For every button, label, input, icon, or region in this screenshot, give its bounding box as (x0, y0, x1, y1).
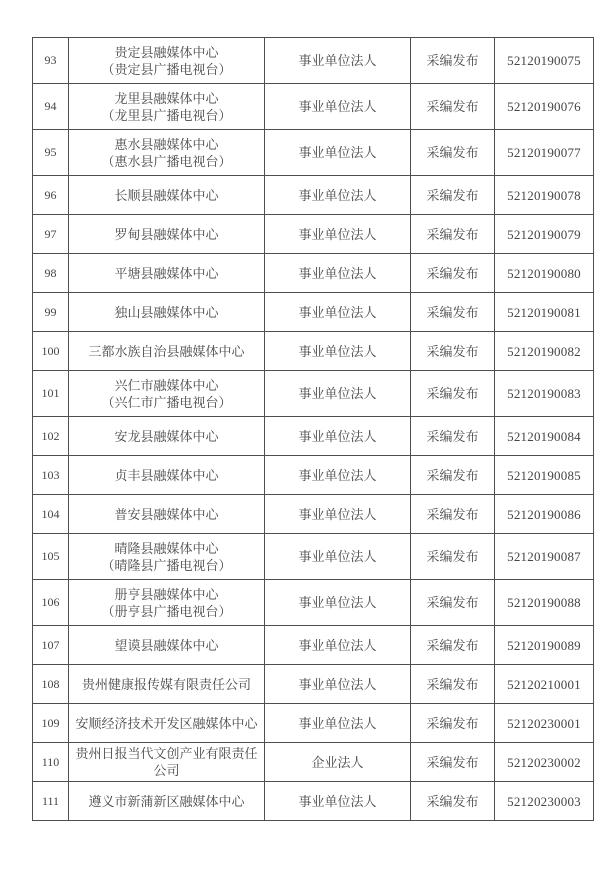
org-name-cell: 遵义市新蒲新区融媒体中心 (69, 782, 265, 821)
business-scope-cell: 采编发布 (411, 417, 495, 456)
table-row: 99 独山县融媒体中心 事业单位法人 采编发布 52120190081 (33, 293, 594, 332)
business-scope-cell: 采编发布 (411, 704, 495, 743)
org-name-line: （龙里县广播电视台） (71, 107, 262, 124)
table-row: 98 平塘县融媒体中心 事业单位法人 采编发布 52120190080 (33, 254, 594, 293)
business-scope-cell: 采编发布 (411, 38, 495, 84)
row-index-cell: 96 (33, 176, 69, 215)
org-name-line: （惠水县广播电视台） (71, 153, 262, 170)
org-code-cell: 52120190086 (495, 495, 594, 534)
org-name-line: 贞丰县融媒体中心 (71, 467, 262, 484)
legal-type-cell: 事业单位法人 (265, 293, 411, 332)
org-name-line: 望谟县融媒体中心 (71, 637, 262, 654)
row-index-cell: 106 (33, 580, 69, 626)
org-code-cell: 52120190084 (495, 417, 594, 456)
table-row: 104 普安县融媒体中心 事业单位法人 采编发布 52120190086 (33, 495, 594, 534)
legal-type-cell: 事业单位法人 (265, 371, 411, 417)
org-code-cell: 52120190081 (495, 293, 594, 332)
org-code-cell: 52120230003 (495, 782, 594, 821)
business-scope-cell: 采编发布 (411, 130, 495, 176)
row-index-cell: 98 (33, 254, 69, 293)
org-name-line: 安顺经济技术开发区融媒体中心 (71, 715, 262, 732)
org-code-cell: 52120190083 (495, 371, 594, 417)
business-scope-cell: 采编发布 (411, 176, 495, 215)
business-scope-cell: 采编发布 (411, 495, 495, 534)
table-row: 93 贵定县融媒体中心（贵定县广播电视台） 事业单位法人 采编发布 521201… (33, 38, 594, 84)
legal-type-cell: 事业单位法人 (265, 332, 411, 371)
org-code-cell: 52120190080 (495, 254, 594, 293)
org-name-cell: 普安县融媒体中心 (69, 495, 265, 534)
row-index-cell: 101 (33, 371, 69, 417)
org-code-cell: 52120190075 (495, 38, 594, 84)
row-index-cell: 95 (33, 130, 69, 176)
business-scope-cell: 采编发布 (411, 293, 495, 332)
org-name-cell: 安顺经济技术开发区融媒体中心 (69, 704, 265, 743)
row-index-cell: 111 (33, 782, 69, 821)
legal-type-cell: 事业单位法人 (265, 254, 411, 293)
org-name-line: 兴仁市融媒体中心 (71, 377, 262, 394)
table-row: 101 兴仁市融媒体中心（兴仁市广播电视台） 事业单位法人 采编发布 52120… (33, 371, 594, 417)
business-scope-cell: 采编发布 (411, 371, 495, 417)
org-name-cell: 三都水族自治县融媒体中心 (69, 332, 265, 371)
table-row: 103 贞丰县融媒体中心 事业单位法人 采编发布 52120190085 (33, 456, 594, 495)
table-row: 110 贵州日报当代文创产业有限责任公司 企业法人 采编发布 521202300… (33, 743, 594, 782)
business-scope-cell: 采编发布 (411, 665, 495, 704)
org-code-cell: 52120190085 (495, 456, 594, 495)
org-name-cell: 长顺县融媒体中心 (69, 176, 265, 215)
table-row: 96 长顺县融媒体中心 事业单位法人 采编发布 52120190078 (33, 176, 594, 215)
org-name-cell: 贞丰县融媒体中心 (69, 456, 265, 495)
business-scope-cell: 采编发布 (411, 534, 495, 580)
table-row: 95 惠水县融媒体中心（惠水县广播电视台） 事业单位法人 采编发布 521201… (33, 130, 594, 176)
org-name-line: （晴隆县广播电视台） (71, 557, 262, 574)
org-name-line: 安龙县融媒体中心 (71, 428, 262, 445)
row-index-cell: 99 (33, 293, 69, 332)
table-row: 106 册亨县融媒体中心（册亨县广播电视台） 事业单位法人 采编发布 52120… (33, 580, 594, 626)
table-row: 111 遵义市新蒲新区融媒体中心 事业单位法人 采编发布 52120230003 (33, 782, 594, 821)
org-code-cell: 52120190089 (495, 626, 594, 665)
business-scope-cell: 采编发布 (411, 332, 495, 371)
org-code-cell: 52120190076 (495, 84, 594, 130)
table-row: 100 三都水族自治县融媒体中心 事业单位法人 采编发布 52120190082 (33, 332, 594, 371)
org-code-cell: 52120190087 (495, 534, 594, 580)
org-code-cell: 52120230001 (495, 704, 594, 743)
legal-type-cell: 事业单位法人 (265, 456, 411, 495)
legal-type-cell: 企业法人 (265, 743, 411, 782)
row-index-cell: 102 (33, 417, 69, 456)
business-scope-cell: 采编发布 (411, 743, 495, 782)
org-name-line: 惠水县融媒体中心 (71, 136, 262, 153)
org-name-line: 册亨县融媒体中心 (71, 586, 262, 603)
legal-type-cell: 事业单位法人 (265, 84, 411, 130)
table-row: 94 龙里县融媒体中心（龙里县广播电视台） 事业单位法人 采编发布 521201… (33, 84, 594, 130)
table-row: 105 晴隆县融媒体中心（晴隆县广播电视台） 事业单位法人 采编发布 52120… (33, 534, 594, 580)
org-name-cell: 罗甸县融媒体中心 (69, 215, 265, 254)
org-name-cell: 贵定县融媒体中心（贵定县广播电视台） (69, 38, 265, 84)
organization-table: 93 贵定县融媒体中心（贵定县广播电视台） 事业单位法人 采编发布 521201… (32, 37, 594, 821)
legal-type-cell: 事业单位法人 (265, 130, 411, 176)
row-index-cell: 109 (33, 704, 69, 743)
row-index-cell: 103 (33, 456, 69, 495)
row-index-cell: 110 (33, 743, 69, 782)
org-name-line: 三都水族自治县融媒体中心 (71, 343, 262, 360)
organization-table-body: 93 贵定县融媒体中心（贵定县广播电视台） 事业单位法人 采编发布 521201… (33, 38, 594, 821)
org-name-line: 贵州健康报传媒有限责任公司 (71, 676, 262, 693)
org-name-line: 普安县融媒体中心 (71, 506, 262, 523)
table-row: 109 安顺经济技术开发区融媒体中心 事业单位法人 采编发布 521202300… (33, 704, 594, 743)
legal-type-cell: 事业单位法人 (265, 665, 411, 704)
org-name-cell: 惠水县融媒体中心（惠水县广播电视台） (69, 130, 265, 176)
business-scope-cell: 采编发布 (411, 580, 495, 626)
legal-type-cell: 事业单位法人 (265, 626, 411, 665)
org-name-cell: 龙里县融媒体中心（龙里县广播电视台） (69, 84, 265, 130)
org-name-line: 晴隆县融媒体中心 (71, 540, 262, 557)
org-name-cell: 晴隆县融媒体中心（晴隆县广播电视台） (69, 534, 265, 580)
legal-type-cell: 事业单位法人 (265, 782, 411, 821)
org-code-cell: 52120190077 (495, 130, 594, 176)
legal-type-cell: 事业单位法人 (265, 580, 411, 626)
row-index-cell: 105 (33, 534, 69, 580)
row-index-cell: 107 (33, 626, 69, 665)
org-name-cell: 独山县融媒体中心 (69, 293, 265, 332)
org-name-cell: 贵州日报当代文创产业有限责任公司 (69, 743, 265, 782)
legal-type-cell: 事业单位法人 (265, 704, 411, 743)
table-row: 107 望谟县融媒体中心 事业单位法人 采编发布 52120190089 (33, 626, 594, 665)
org-name-line: 长顺县融媒体中心 (71, 187, 262, 204)
business-scope-cell: 采编发布 (411, 456, 495, 495)
org-name-line: （贵定县广播电视台） (71, 61, 262, 78)
org-name-line: 罗甸县融媒体中心 (71, 226, 262, 243)
org-name-line: 遵义市新蒲新区融媒体中心 (71, 793, 262, 810)
legal-type-cell: 事业单位法人 (265, 176, 411, 215)
org-name-line: （兴仁市广播电视台） (71, 394, 262, 411)
table-row: 102 安龙县融媒体中心 事业单位法人 采编发布 52120190084 (33, 417, 594, 456)
org-name-cell: 贵州健康报传媒有限责任公司 (69, 665, 265, 704)
org-name-cell: 安龙县融媒体中心 (69, 417, 265, 456)
org-name-cell: 望谟县融媒体中心 (69, 626, 265, 665)
org-code-cell: 52120230002 (495, 743, 594, 782)
table-row: 97 罗甸县融媒体中心 事业单位法人 采编发布 52120190079 (33, 215, 594, 254)
legal-type-cell: 事业单位法人 (265, 534, 411, 580)
table-row: 108 贵州健康报传媒有限责任公司 事业单位法人 采编发布 5212021000… (33, 665, 594, 704)
org-code-cell: 52120190078 (495, 176, 594, 215)
row-index-cell: 100 (33, 332, 69, 371)
business-scope-cell: 采编发布 (411, 782, 495, 821)
legal-type-cell: 事业单位法人 (265, 215, 411, 254)
business-scope-cell: 采编发布 (411, 84, 495, 130)
row-index-cell: 104 (33, 495, 69, 534)
legal-type-cell: 事业单位法人 (265, 495, 411, 534)
row-index-cell: 108 (33, 665, 69, 704)
org-name-cell: 册亨县融媒体中心（册亨县广播电视台） (69, 580, 265, 626)
row-index-cell: 93 (33, 38, 69, 84)
business-scope-cell: 采编发布 (411, 254, 495, 293)
legal-type-cell: 事业单位法人 (265, 38, 411, 84)
org-name-line: 贵州日报当代文创产业有限责任公司 (71, 745, 262, 779)
org-code-cell: 52120190082 (495, 332, 594, 371)
org-name-line: 独山县融媒体中心 (71, 304, 262, 321)
row-index-cell: 94 (33, 84, 69, 130)
legal-type-cell: 事业单位法人 (265, 417, 411, 456)
org-code-cell: 52120210001 (495, 665, 594, 704)
org-name-cell: 兴仁市融媒体中心（兴仁市广播电视台） (69, 371, 265, 417)
business-scope-cell: 采编发布 (411, 626, 495, 665)
org-name-cell: 平塘县融媒体中心 (69, 254, 265, 293)
business-scope-cell: 采编发布 (411, 215, 495, 254)
org-name-line: 平塘县融媒体中心 (71, 265, 262, 282)
org-name-line: （册亨县广播电视台） (71, 603, 262, 620)
org-code-cell: 52120190079 (495, 215, 594, 254)
org-name-line: 贵定县融媒体中心 (71, 44, 262, 61)
row-index-cell: 97 (33, 215, 69, 254)
org-name-line: 龙里县融媒体中心 (71, 90, 262, 107)
org-code-cell: 52120190088 (495, 580, 594, 626)
